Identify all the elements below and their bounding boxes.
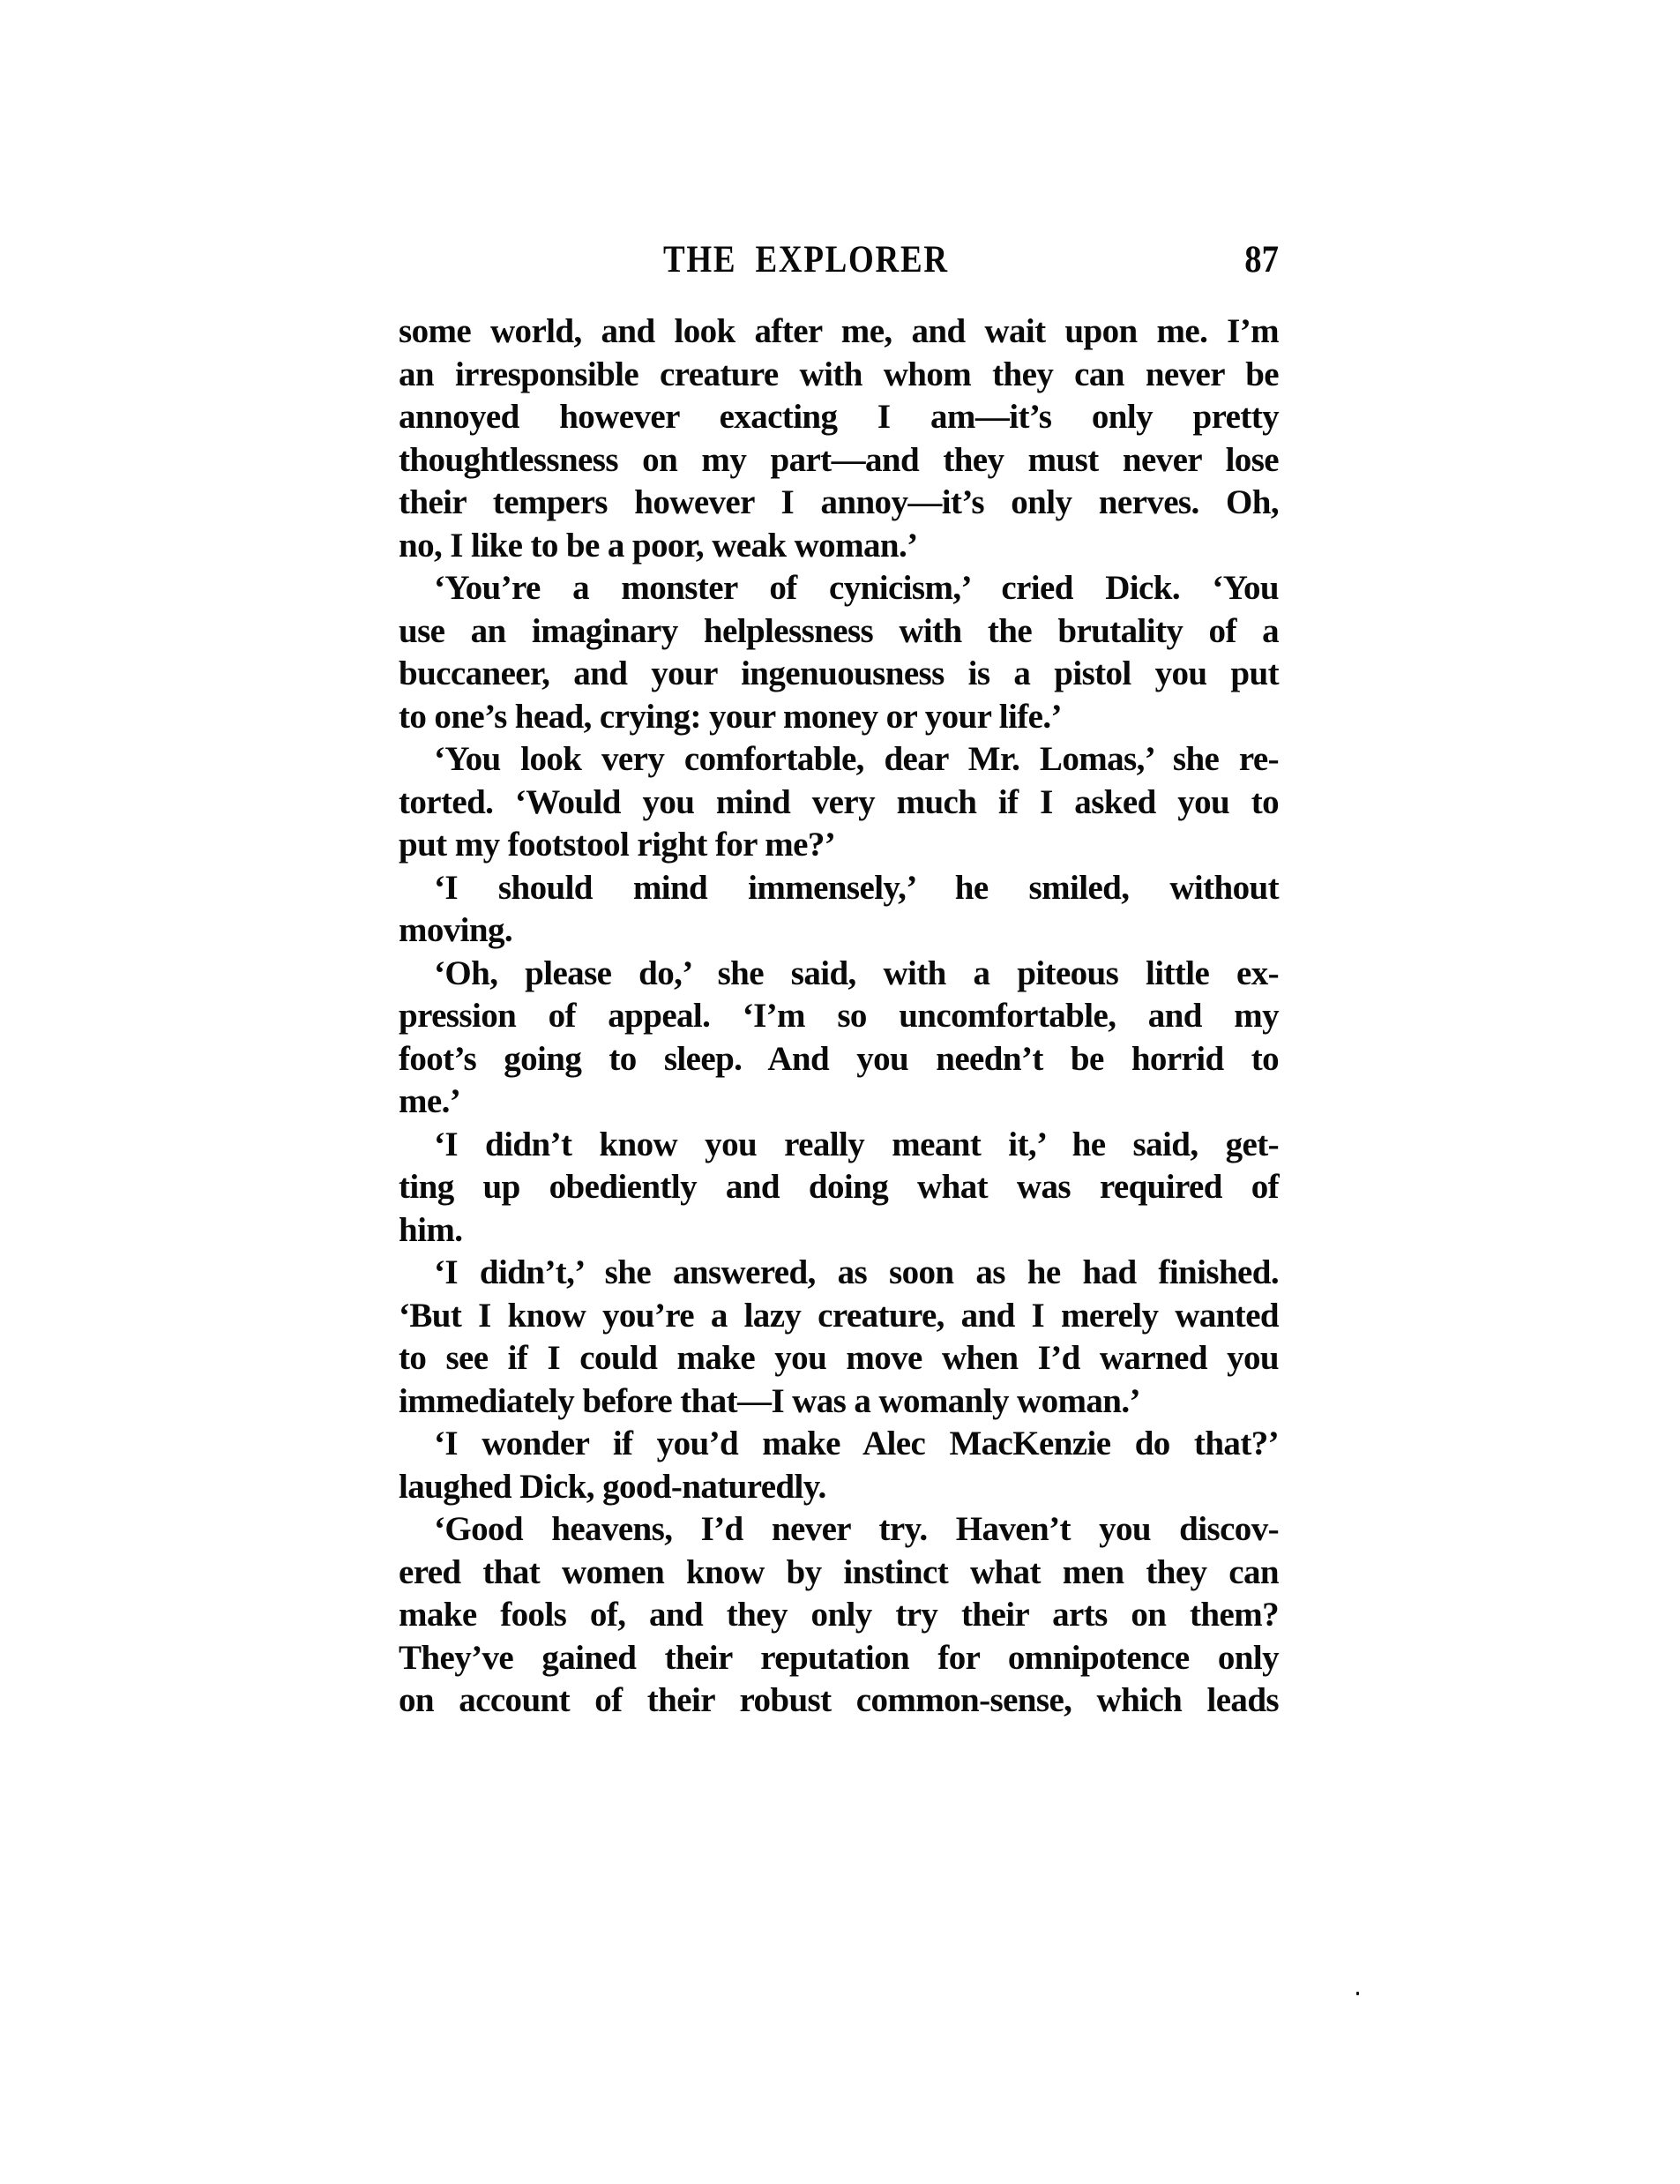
- text-line: thoughtlessness on my part—and they must…: [399, 439, 1279, 482]
- book-page: THE EXPLORER 87 some world, and look aft…: [0, 0, 1680, 2184]
- text-line: to one’s head, crying: your money or you…: [399, 696, 1279, 739]
- text-line: ‘I should mind immensely,’ he smiled, wi…: [399, 867, 1279, 910]
- text-line: ‘I didn’t know you really meant it,’ he …: [399, 1124, 1279, 1167]
- paragraph: ‘I didn’t,’ she answered, as soon as he …: [399, 1252, 1279, 1423]
- text-line: to see if I could make you move when I’d…: [399, 1337, 1279, 1380]
- text-line: foot’s going to sleep. And you needn’t b…: [399, 1038, 1279, 1081]
- paragraph: ‘Oh, please do,’ she said, with a piteou…: [399, 953, 1279, 1124]
- text-line: make fools of, and they only try their a…: [399, 1594, 1279, 1637]
- paragraph: ‘Good heavens, I’d never try. Haven’t yo…: [399, 1508, 1279, 1723]
- text-line: me.’: [399, 1081, 1279, 1124]
- text-line: immediately before that—I was a womanly …: [399, 1380, 1279, 1424]
- text-line: use an imaginary helplessness with the b…: [399, 610, 1279, 654]
- text-line: ‘Oh, please do,’ she said, with a piteou…: [399, 953, 1279, 996]
- text-line: on account of their robust common-sense,…: [399, 1679, 1279, 1723]
- text-line: ‘You’re a monster of cynicism,’ cried Di…: [399, 567, 1279, 610]
- paragraph: ‘You’re a monster of cynicism,’ cried Di…: [399, 567, 1279, 738]
- page-number: 87: [1244, 238, 1279, 282]
- text-line: ting up obediently and doing what was re…: [399, 1166, 1279, 1209]
- running-title: THE EXPLORER: [663, 238, 949, 282]
- text-line: some world, and look after me, and wait …: [399, 310, 1279, 354]
- text-line: buccaneer, and your ingenuousness is a p…: [399, 653, 1279, 696]
- text-line: ered that women know by instinct what me…: [399, 1552, 1279, 1595]
- text-line: an irresponsible creature with whom they…: [399, 354, 1279, 397]
- scan-speck: [1356, 1992, 1359, 1995]
- paragraph: ‘You look very comfortable, dear Mr. Lom…: [399, 738, 1279, 867]
- text-line: ‘I didn’t,’ she answered, as soon as he …: [399, 1252, 1279, 1295]
- text-line: ‘You look very comfortable, dear Mr. Lom…: [399, 738, 1279, 782]
- paragraph: ‘I should mind immensely,’ he smiled, wi…: [399, 867, 1279, 953]
- paragraph: ‘I didn’t know you really meant it,’ he …: [399, 1124, 1279, 1253]
- text-line: moving.: [399, 909, 1279, 953]
- text-line: put my footstool right for me?’: [399, 824, 1279, 867]
- text-line: torted. ‘Would you mind very much if I a…: [399, 782, 1279, 825]
- text-line: no, I like to be a poor, weak woman.’: [399, 525, 1279, 568]
- paragraph: some world, and look after me, and wait …: [399, 310, 1279, 567]
- text-line: annoyed however exacting I am—it’s only …: [399, 396, 1279, 439]
- text-line: laughed Dick, good-naturedly.: [399, 1466, 1279, 1509]
- running-head: THE EXPLORER 87: [399, 238, 1279, 282]
- body-text: some world, and look after me, and wait …: [399, 310, 1279, 1723]
- text-line: ‘Good heavens, I’d never try. Haven’t yo…: [399, 1508, 1279, 1552]
- text-line: pression of appeal. ‘I’m so uncomfortabl…: [399, 995, 1279, 1038]
- text-line: their tempers however I annoy—it’s only …: [399, 482, 1279, 525]
- text-line: him.: [399, 1209, 1279, 1253]
- text-line: ‘I wonder if you’d make Alec MacKenzie d…: [399, 1423, 1279, 1466]
- text-line: ‘But I know you’re a lazy creature, and …: [399, 1295, 1279, 1338]
- text-line: They’ve gained their reputation for omni…: [399, 1637, 1279, 1680]
- paragraph: ‘I wonder if you’d make Alec MacKenzie d…: [399, 1423, 1279, 1508]
